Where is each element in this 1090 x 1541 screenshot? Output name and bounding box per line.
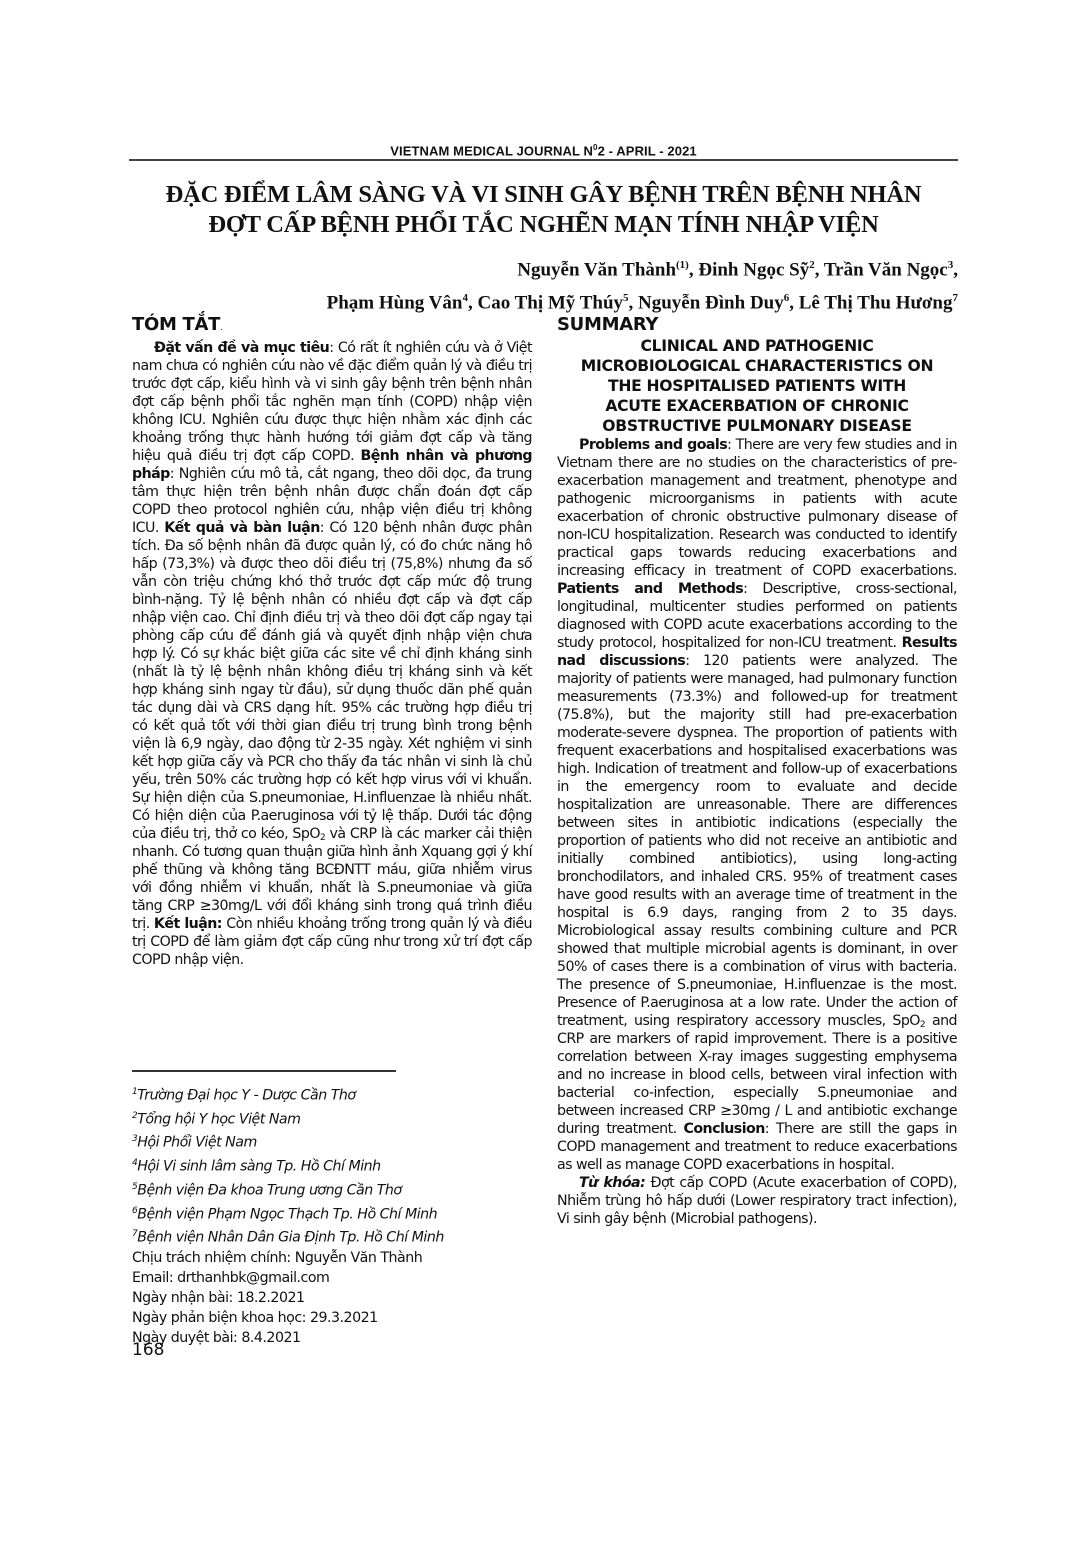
footnote-text: Hội Vi sinh lâm sàng Tp. Hồ Chí Minh [137,1159,380,1175]
footnote-text: Bệnh viện Phạm Ngọc Thạch Tp. Hồ Chí Min… [137,1206,437,1222]
author-name: Lê Thị Thu Hương [799,293,953,314]
email-address[interactable]: Email: drthanhbk@gmail.com [132,1268,532,1288]
header-rule [129,159,958,161]
en-label-methods: Patients and Methods [557,581,743,597]
affiliation-footnote: 1Trường Đại học Y - Dược Cần Thơ [132,1082,532,1106]
affiliation-footnote: 2Tổng hội Y học Việt Nam [132,1106,532,1130]
corresponding-author: Chịu trách nhiệm chính: Nguyễn Văn Thành [132,1248,532,1268]
vi-label-conclusion: Kết luận: [154,916,222,932]
heading-dot: . [220,323,222,332]
date-received: Ngày nhận bài: 18.2.2021 [132,1288,532,1308]
author-name: Phạm Hùng Vân [327,293,463,314]
english-summary-column: SUMMARY CLINICAL AND PATHOGENIC MICROBIO… [557,314,957,1228]
author-name: Nguyễn Đình Duy [638,293,784,314]
english-title-line: THE HOSPITALISED PATIENTS WITH [557,376,957,396]
vi-abstract-body: Đặt vấn đề và mục tiêu: Có rất ít nghiên… [132,339,532,969]
date-reviewed: Ngày phản biện khoa học: 29.3.2021 [132,1308,532,1328]
author-separator: , [629,293,639,314]
vi-text-background: : Có rất ít nghiên cứu và ở Việt nam chư… [132,340,532,464]
english-title-line: OBSTRUCTIVE PULMONARY DISEASE [557,416,957,436]
author-separator: , [689,259,699,280]
footnote-rule [132,1070,396,1072]
affiliation-footnote: 7Bệnh viện Nhân Dân Gia Định Tp. Hồ Chí … [132,1224,532,1248]
author-separator: , [789,293,799,314]
affiliation-footnote: 3Hội Phổi Việt Nam [132,1129,532,1153]
author-name: Nguyễn Văn Thành [517,259,676,280]
vi-abstract-heading: TÓM TẮT. [132,314,532,339]
en-label-conclusion: Conclusion [683,1121,764,1137]
author-affiliation-sup: (1) [676,259,689,271]
vietnamese-abstract-column: TÓM TẮT. Đặt vấn đề và mục tiêu: Có rất … [132,314,532,969]
footnote-text: Bệnh viện Đa khoa Trung ương Cần Thơ [137,1183,401,1199]
author-name: Đinh Ngọc Sỹ [698,259,809,280]
keywords: Từ khóa: Đợt cấp COPD (Acute exacerbatio… [557,1174,957,1228]
affiliation-footnote: 4Hội Vi sinh lâm sàng Tp. Hồ Chí Minh [132,1153,532,1177]
journal-name: VIETNAM MEDICAL JOURNAL N [390,143,593,158]
english-title-line: MICROBIOLOGICAL CHARACTERISTICS ON [557,356,957,376]
journal-page: VIETNAM MEDICAL JOURNAL N02 - APRIL - 20… [0,0,1090,1541]
author-separator: , [815,259,824,280]
footnote-text: Tổng hội Y học Việt Nam [137,1111,300,1127]
english-title-line: ACUTE EXACERBATION OF CHRONIC [557,396,957,416]
affiliation-footnote: 6Bệnh viện Phạm Ngọc Thạch Tp. Hồ Chí Mi… [132,1201,532,1225]
author-separator: , [953,259,958,280]
running-head: VIETNAM MEDICAL JOURNAL N02 - APRIL - 20… [129,143,958,158]
footnote-text: Trường Đại học Y - Dược Cần Thơ [137,1088,355,1104]
author-list: Nguyễn Văn Thành(1), Đinh Ngọc Sỹ2, Trần… [158,251,958,318]
en-label-problems: Problems and goals [579,437,727,453]
english-abstract-body: Problems and goals: There are very few s… [557,436,957,1174]
keywords-label: Từ khóa: [579,1175,645,1191]
footnote-text: Hội Phổi Việt Nam [137,1135,257,1151]
vi-text-results-a: : Có 120 bệnh nhân được phân tích. Đa số… [132,520,532,842]
affiliation-footnote: 5Bệnh viện Đa khoa Trung ương Cần Thơ [132,1177,532,1201]
vi-abstract-heading-text: TÓM TẮT [132,314,220,335]
vi-label-results: Kết quả và bàn luận [164,520,320,536]
en-text-results-b: and CRP are markers of rapid improvement… [557,1013,957,1137]
title-line-1: ĐẶC ĐIỂM LÂM SÀNG VÀ VI SINH GÂY BỆNH TR… [129,180,958,210]
footnotes: 1Trường Đại học Y - Dược Cần Thơ 2Tổng h… [132,1082,532,1348]
article-title: ĐẶC ĐIỂM LÂM SÀNG VÀ VI SINH GÂY BỆNH TR… [129,180,958,240]
en-text-problems: : There are very few studies and in Viet… [557,437,957,579]
vi-label-background: Đặt vấn đề và mục tiêu [154,340,329,356]
english-title-line: CLINICAL AND PATHOGENIC [557,336,957,356]
english-title: CLINICAL AND PATHOGENIC MICROBIOLOGICAL … [557,336,957,436]
author-affiliation-sup: 7 [953,292,959,304]
issue-date: 2 - APRIL - 2021 [598,143,697,158]
page-number: 168 [132,1340,164,1360]
author-line-2: Phạm Hùng Vân4, Cao Thị Mỹ Thúy5, Nguyễn… [158,284,958,317]
author-line-1: Nguyễn Văn Thành(1), Đinh Ngọc Sỹ2, Trần… [158,251,958,284]
author-name: Trần Văn Ngọc [824,259,948,280]
footnote-text: Bệnh viện Nhân Dân Gia Định Tp. Hồ Chí M… [137,1230,444,1246]
date-accepted: Ngày duyệt bài: 8.4.2021 [132,1328,532,1348]
summary-heading: SUMMARY [557,314,957,336]
author-name: Cao Thị Mỹ Thúy [477,293,623,314]
en-text-results-a: : 120 patients were analyzed. The majori… [557,653,957,1029]
title-line-2: ĐỢT CẤP BỆNH PHỔI TẮC NGHẼN MẠN TÍNH NHẬ… [129,210,958,240]
